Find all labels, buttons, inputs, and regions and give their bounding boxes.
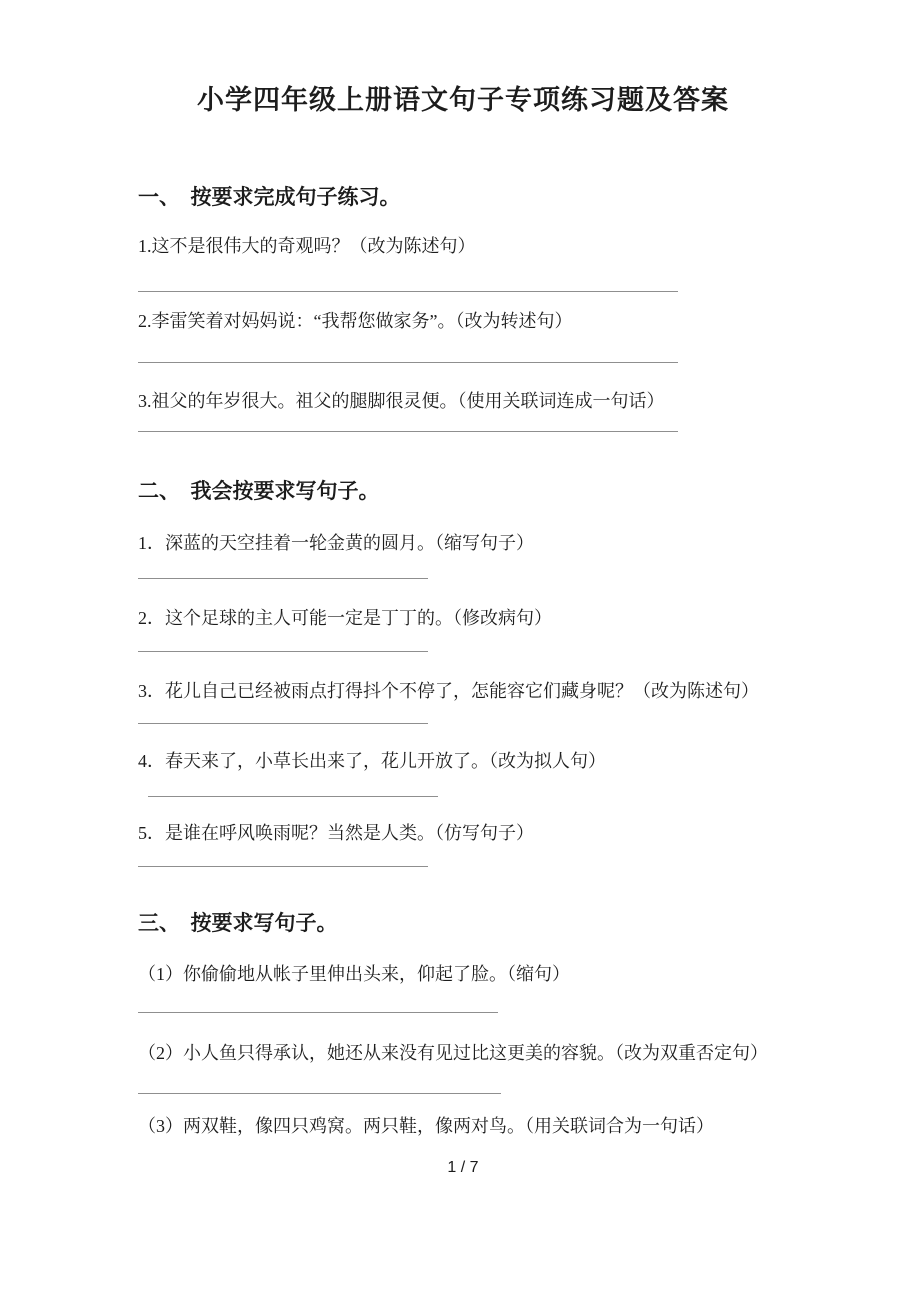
section-2-heading: 二、 我会按要求写句子。 [138, 478, 788, 504]
question-1-1: 1.这不是很伟大的奇观吗？（改为陈述句） [138, 234, 788, 259]
question-2-3: 3．花儿自己已经被雨点打得抖个不停了，怎能容它们藏身呢？（改为陈述句） [138, 679, 788, 704]
answer-blank-2-3 [138, 723, 428, 724]
question-3-1: （1）你偷偷地从帐子里伸出头来，仰起了脸。（缩句） [138, 962, 788, 987]
document-title: 小学四年级上册语文句子专项练习题及答案 [138, 84, 788, 116]
question-1-2: 2.李雷笑着对妈妈说：“我帮您做家务”。（改为转述句） [138, 309, 788, 334]
document-page: 小学四年级上册语文句子专项练习题及答案 一、 按要求完成句子练习。 1.这不是很… [138, 84, 788, 1178]
question-3-3: （3）两双鞋，像四只鸡窝。两只鞋，像两对鸟。（用关联词合为一句话） [138, 1114, 788, 1139]
page-number: 1 / 7 [138, 1158, 788, 1178]
question-1-3: 3.祖父的年岁很大。祖父的腿脚很灵便。（使用关联词连成一句话） [138, 389, 788, 414]
answer-blank-2-1 [138, 578, 428, 579]
question-2-1: 1．深蓝的天空挂着一轮金黄的圆月。（缩写句子） [138, 531, 788, 556]
answer-blank-1-2 [138, 362, 678, 363]
section-3-heading: 三、 按要求写句子。 [138, 910, 788, 936]
answer-blank-2-5 [138, 866, 428, 867]
question-2-5: 5．是谁在呼风唤雨呢？当然是人类。（仿写句子） [138, 821, 788, 846]
answer-blank-2-4 [148, 796, 438, 797]
answer-blank-2-2 [138, 651, 428, 652]
section-1-heading: 一、 按要求完成句子练习。 [138, 184, 788, 210]
question-3-2: （2）小人鱼只得承认，她还从来没有见过比这更美的容貌。（改为双重否定句） [138, 1039, 788, 1067]
answer-blank-3-2 [138, 1093, 501, 1094]
answer-blank-1-1 [138, 291, 678, 292]
answer-blank-1-3 [138, 431, 678, 432]
question-2-2: 2．这个足球的主人可能一定是丁丁的。（修改病句） [138, 606, 788, 631]
answer-blank-3-1 [138, 1012, 498, 1013]
question-2-4: 4．春天来了，小草长出来了，花儿开放了。（改为拟人句） [138, 749, 788, 774]
